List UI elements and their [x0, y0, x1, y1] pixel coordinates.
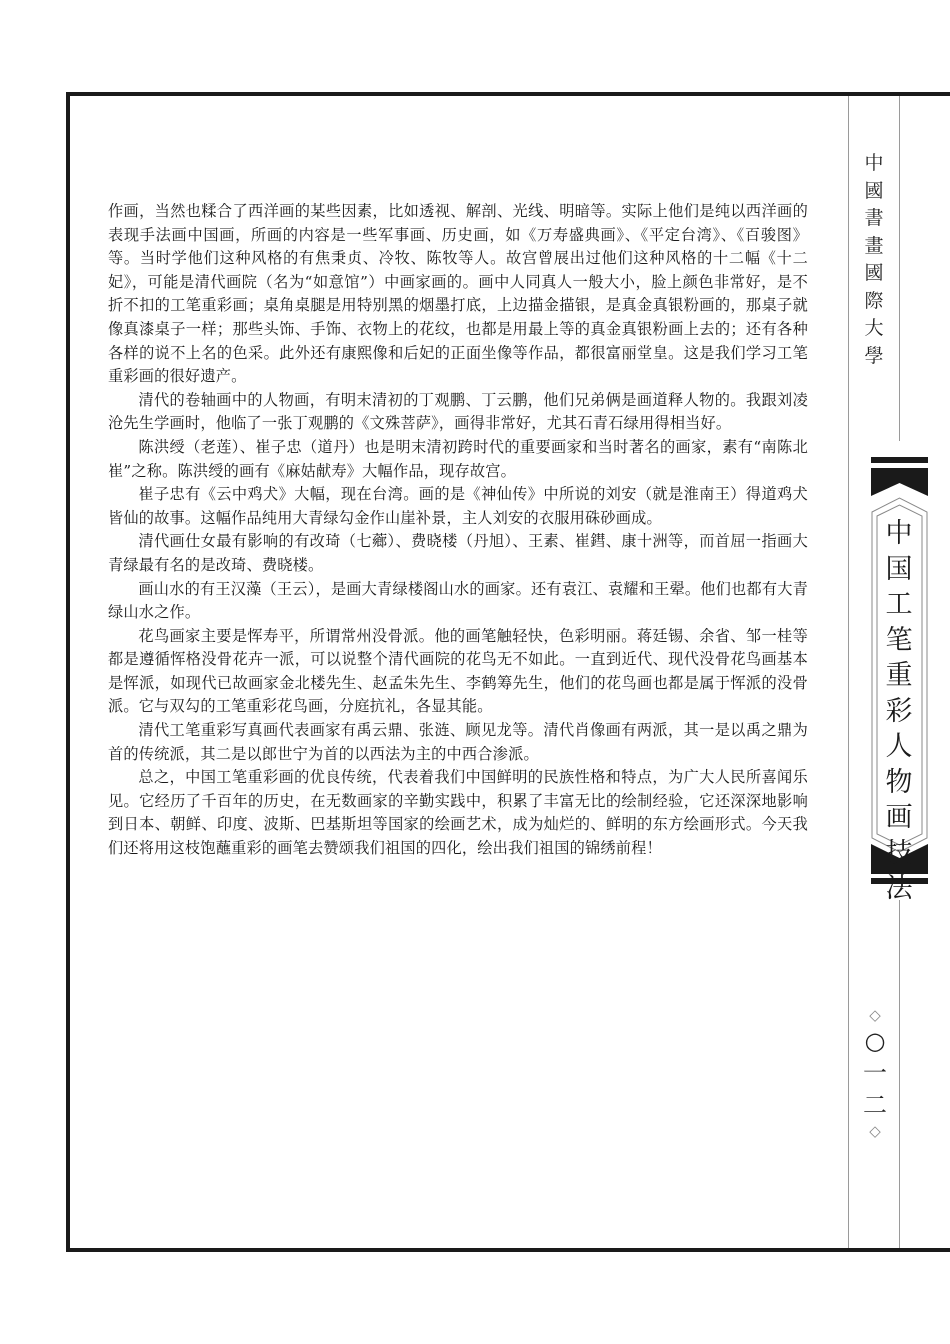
university-char: 畫 — [864, 233, 883, 261]
paragraph: 清代画仕女最有影响的有改琦（七薌）、费晓楼（丹旭）、王素、崔鏏、康十洲等，而首屈… — [108, 530, 808, 577]
frame-bottom-border — [66, 1248, 950, 1252]
university-char: 中 — [864, 150, 883, 178]
university-name: 中 國 書 畫 國 際 大 學 — [857, 150, 891, 370]
frame-top-border — [66, 92, 950, 96]
title-char: 物 — [886, 765, 913, 801]
title-char: 画 — [886, 800, 913, 836]
body-text: 作画，当然也糅合了西洋画的某些因素，比如透视、解剖、光线、明暗等。实际上他们是纯… — [108, 200, 808, 861]
university-char: 國 — [864, 260, 883, 288]
paragraph: 清代工笔重彩写真画代表画家有禹云鼎、张涟、顾见龙等。清代肖像画有两派，其一是以禹… — [108, 719, 808, 766]
page-digit: 二 — [863, 1089, 887, 1121]
university-char: 學 — [864, 343, 883, 371]
sidebar-rule-left — [848, 96, 849, 1248]
banner-top-bar — [871, 457, 928, 463]
title-char: 中 — [886, 516, 913, 552]
paragraph: 总之，中国工笔重彩画的优良传统，代表着我们中国鲜明的民族性格和特点，为广大人民所… — [108, 766, 808, 860]
title-char: 重 — [886, 658, 913, 694]
frame-left-border — [66, 92, 70, 1252]
university-char: 國 — [864, 178, 883, 206]
paragraph: 画山水的有王汉藻（王云），是画大青绿楼阁山水的画家。还有袁江、袁耀和王翚。他们也… — [108, 578, 808, 625]
page-digit: ○ — [865, 1025, 886, 1057]
diamond-icon: ◇ — [869, 1005, 881, 1025]
title-char: 法 — [886, 871, 913, 907]
sidebar-rule-right-lower — [899, 900, 900, 1248]
university-char: 際 — [864, 288, 883, 316]
paragraph: 崔子忠有《云中鸡犬》大幅，现在台湾。画的是《神仙传》中所说的刘安（就是淮南王）得… — [108, 483, 808, 530]
paragraph: 作画，当然也糅合了西洋画的某些因素，比如透视、解剖、光线、明暗等。实际上他们是纯… — [108, 200, 808, 389]
book-title: 中 国 工 笔 重 彩 人 物 画 技 法 — [879, 516, 919, 907]
title-char: 人 — [886, 729, 913, 765]
page-digit: 一 — [863, 1057, 887, 1089]
title-char: 笔 — [886, 623, 913, 659]
university-char: 大 — [864, 315, 883, 343]
paragraph: 清代的卷轴画中的人物画，有明末清初的丁观鹏、丁云鹏，他们兄弟俩是画道释人物的。我… — [108, 389, 808, 436]
title-char: 彩 — [886, 694, 913, 730]
page-number: ◇ ○ 一 二 ◇ — [860, 1005, 890, 1141]
title-char: 工 — [886, 587, 913, 623]
university-char: 書 — [864, 205, 883, 233]
title-char: 技 — [886, 836, 913, 872]
diamond-icon: ◇ — [869, 1121, 881, 1141]
title-char: 国 — [886, 552, 913, 588]
sidebar-rule-right-upper — [899, 96, 900, 441]
paragraph: 陈洪绶（老莲）、崔子忠（道丹）也是明末清初跨时代的重要画家和当时著名的画家，素有… — [108, 436, 808, 483]
paragraph: 花鸟画家主要是恽寿平，所谓常州没骨派。他的画笔触轻快，色彩明丽。蒋廷锡、余省、邹… — [108, 625, 808, 719]
